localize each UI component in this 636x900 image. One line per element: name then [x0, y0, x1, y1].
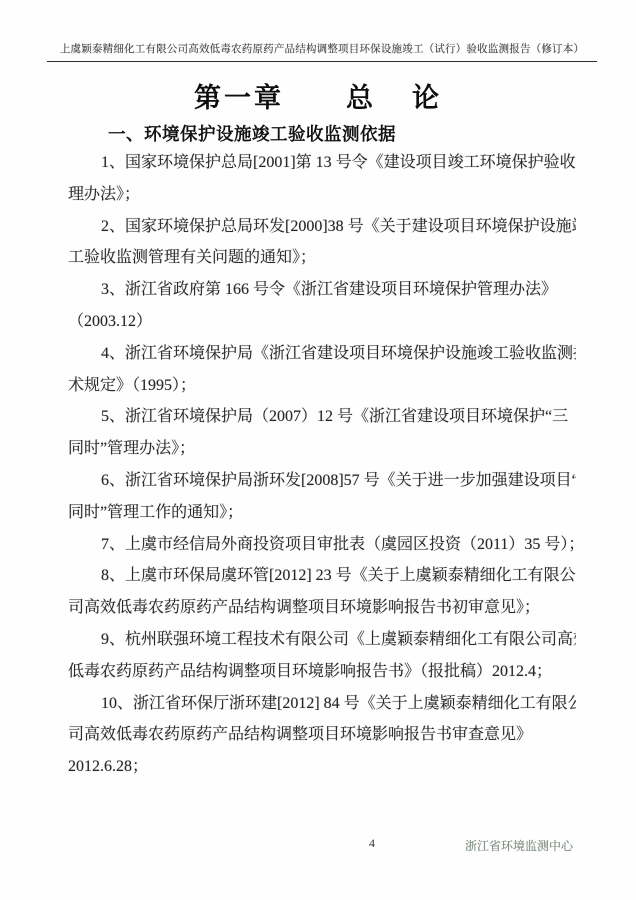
paragraph-line: 术规定》（1995）； — [68, 370, 576, 402]
footer-page-number: 4 — [369, 836, 375, 851]
paragraph-line: 6、浙江省环境保护局浙环发[2008]57 号《关于进一步加强建设项目“三 — [68, 465, 576, 497]
paragraph-line: 同时”管理办法》； — [68, 433, 576, 465]
paragraph-line: 10、浙江省环保厅浙环建[2012] 84 号《关于上虞颖泰精细化工有限公 — [68, 688, 576, 720]
chapter-title-word-1: 总 — [346, 83, 376, 113]
paragraph-line: 5、浙江省环境保护局（2007）12 号《浙江省建设项目环境保护“三 — [68, 401, 576, 433]
paragraph-line: 1、国家环境保护总局[2001]第 13 号令《建设项目竣工环境保护验收管 — [68, 147, 576, 179]
paragraph-line: 低毒农药原药产品结构调整项目环境影响报告书》（报批稿）2012.4； — [68, 656, 576, 688]
paragraph-line: 同时”管理工作的通知》； — [68, 497, 576, 529]
paragraph-line: 3、浙江省政府第 166 号令《浙江省建设项目环境保护管理办法》 — [68, 274, 576, 306]
paragraph-line: 司高效低毒农药原药产品结构调整项目环境影响报告书初审意见》； — [68, 592, 576, 624]
document-body: 1、国家环境保护总局[2001]第 13 号令《建设项目竣工环境保护验收管理办法… — [68, 147, 576, 783]
paragraph-line: 理办法》； — [68, 179, 576, 211]
paragraph-line: 9、杭州联强环境工程技术有限公司《上虞颖泰精细化工有限公司高效 — [68, 624, 576, 656]
paragraph-line: 4、浙江省环境保护局《浙江省建设项目环境保护设施竣工验收监测技 — [68, 338, 576, 370]
paragraph-line: 8、上虞市环保局虞环管[2012] 23 号《关于上虞颖泰精细化工有限公 — [68, 560, 576, 592]
paragraph-line: 2012.6.28； — [68, 751, 576, 783]
chapter-number: 第一章 — [194, 83, 284, 113]
paragraph-line: 7、上虞市经信局外商投资项目审批表（虞园区投资（2011）35 号）； — [68, 529, 576, 561]
chapter-title: 第一章总论 — [0, 76, 636, 115]
paragraph-line: 工验收监测管理有关问题的通知》； — [68, 242, 576, 274]
running-header: 上虞颖泰精细化工有限公司高效低毒农药原药产品结构调整项目环保设施竣工（试行）验收… — [47, 41, 597, 62]
chapter-title-word-2: 论 — [412, 83, 442, 113]
paragraph-line: 司高效低毒农药原药产品结构调整项目环境影响报告书审查意见》 — [68, 719, 576, 751]
document-page: 上虞颖泰精细化工有限公司高效低毒农药原药产品结构调整项目环保设施竣工（试行）验收… — [0, 0, 636, 900]
paragraph-line: 2、国家环境保护总局环发[2000]38 号《关于建设项目环境保护设施竣 — [68, 211, 576, 243]
paragraph-line: （2003.12） — [68, 306, 576, 338]
footer-organization: 浙江省环境监测中心 — [465, 837, 573, 854]
section-heading: 一、环境保护设施竣工验收监测依据 — [108, 121, 396, 146]
